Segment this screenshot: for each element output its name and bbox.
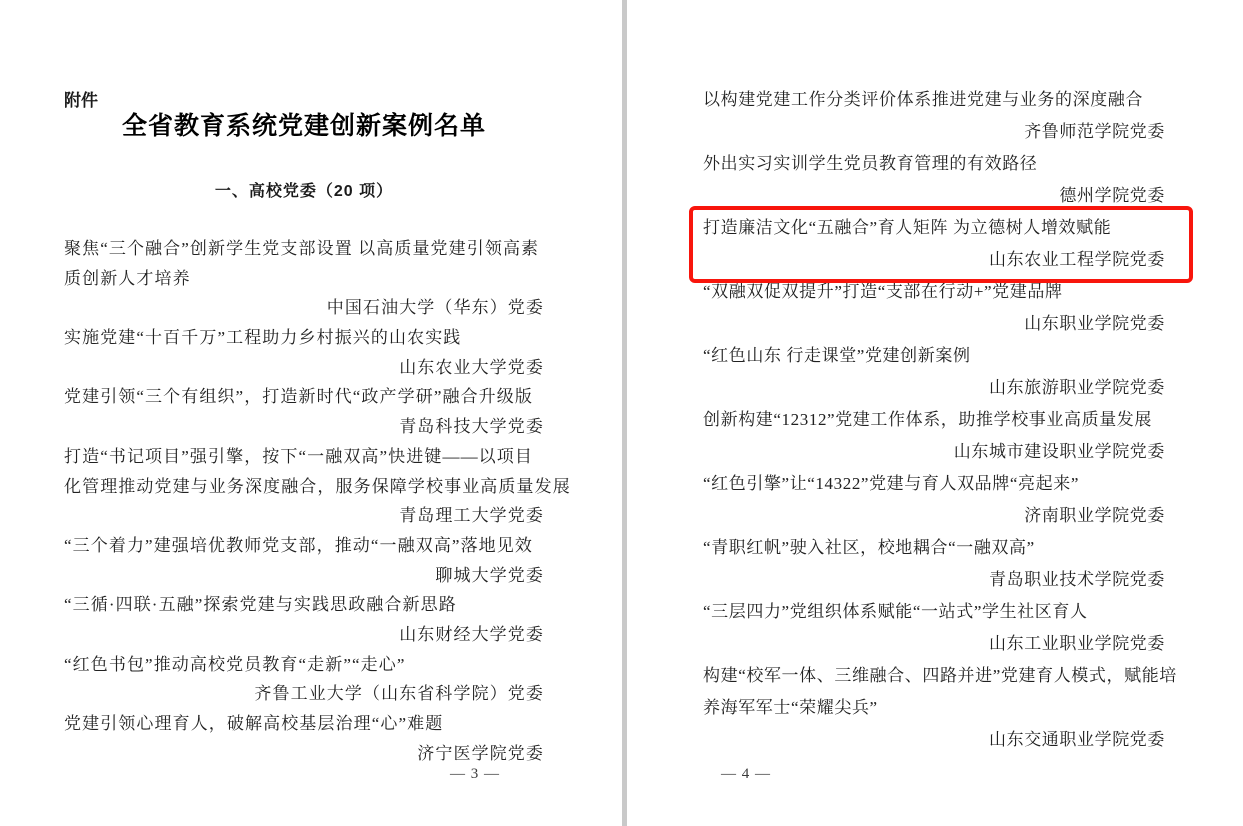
case-line: 山东交通职业学院党委 bbox=[703, 724, 1165, 756]
case-line: 构建“校军一体、三维融合、四路并进”党建育人模式，赋能培 bbox=[703, 660, 1165, 692]
case-line: “三层四力”党组织体系赋能“一站式”学生社区育人 bbox=[703, 596, 1165, 628]
case-line: “三循·四联·五融”探索党建与实践思政融合新思路 bbox=[64, 590, 544, 620]
case-line: 山东农业工程学院党委 bbox=[703, 244, 1165, 276]
case-line: “青职红帆”驶入社区，校地耦合“一融双高” bbox=[703, 532, 1165, 564]
page-number-4: — 4 — bbox=[696, 766, 796, 783]
page-3: 附件 全省教育系统党建创新案例名单 一、高校党委（20 项） 聚焦“三个融合”创… bbox=[64, 0, 544, 826]
case-line: 创新构建“12312”党建工作体系，助推学校事业高质量发展 bbox=[703, 404, 1165, 436]
section-heading: 一、高校党委（20 项） bbox=[64, 178, 544, 201]
case-line: “红色山东 行走课堂”党建创新案例 bbox=[703, 340, 1165, 372]
case-line: “三个着力”建强培优教师党支部，推动“一融双高”落地见效 bbox=[64, 531, 544, 561]
case-line: 党建引领“三个有组织”，打造新时代“政产学研”融合升级版 bbox=[64, 382, 544, 412]
case-line: 青岛科技大学党委 bbox=[64, 412, 544, 442]
document-title: 全省教育系统党建创新案例名单 bbox=[64, 106, 544, 142]
case-line: “红色引擎”让“14322”党建与育人双品牌“亮起来” bbox=[703, 468, 1165, 500]
page-4: 以构建党建工作分类评价体系推进党建与业务的深度融合齐鲁师范学院党委外出实习实训学… bbox=[703, 0, 1165, 826]
case-line: 山东农业大学党委 bbox=[64, 353, 544, 383]
case-line: 青岛职业技术学院党委 bbox=[703, 564, 1165, 596]
case-line: 以构建党建工作分类评价体系推进党建与业务的深度融合 bbox=[703, 84, 1165, 116]
case-line: 山东旅游职业学院党委 bbox=[703, 372, 1165, 404]
case-line: “双融双促双提升”打造“支部在行动+”党建品牌 bbox=[703, 276, 1165, 308]
case-line: 化管理推动党建与业务深度融合，服务保障学校事业高质量发展 bbox=[64, 472, 544, 502]
case-line: 济南职业学院党委 bbox=[703, 500, 1165, 532]
case-line: “红色书包”推动高校党员教育“走新”“走心” bbox=[64, 650, 544, 680]
document-viewer: 附件 全省教育系统党建创新案例名单 一、高校党委（20 项） 聚焦“三个融合”创… bbox=[0, 0, 1243, 826]
case-line: 德州学院党委 bbox=[703, 180, 1165, 212]
case-line: 聚焦“三个融合”创新学生党支部设置 以高质量党建引领高素 bbox=[64, 234, 544, 264]
case-line: 山东城市建设职业学院党委 bbox=[703, 436, 1165, 468]
page-number-3: — 3 — bbox=[425, 766, 525, 783]
case-line: 山东职业学院党委 bbox=[703, 308, 1165, 340]
case-line: 齐鲁师范学院党委 bbox=[703, 116, 1165, 148]
case-line: 打造廉洁文化“五融合”育人矩阵 为立德树人增效赋能 bbox=[703, 212, 1165, 244]
page-divider bbox=[622, 0, 627, 826]
case-line: 齐鲁工业大学（山东省科学院）党委 bbox=[64, 679, 544, 709]
case-line: 养海军军士“荣耀尖兵” bbox=[703, 692, 1165, 724]
case-line: 实施党建“十百千万”工程助力乡村振兴的山农实践 bbox=[64, 323, 544, 353]
case-line: 打造“书记项目”强引擎，按下“一融双高”快进键——以项目 bbox=[64, 442, 544, 472]
case-line: 山东财经大学党委 bbox=[64, 620, 544, 650]
case-line: 质创新人才培养 bbox=[64, 264, 544, 294]
case-line: 青岛理工大学党委 bbox=[64, 501, 544, 531]
case-line: 山东工业职业学院党委 bbox=[703, 628, 1165, 660]
case-list-page-3: 聚焦“三个融合”创新学生党支部设置 以高质量党建引领高素质创新人才培养中国石油大… bbox=[64, 234, 544, 768]
case-line: 中国石油大学（华东）党委 bbox=[64, 293, 544, 323]
case-line: 外出实习实训学生党员教育管理的有效路径 bbox=[703, 148, 1165, 180]
case-line: 济宁医学院党委 bbox=[64, 739, 544, 769]
case-line: 党建引领心理育人，破解高校基层治理“心”难题 bbox=[64, 709, 544, 739]
case-list-page-4: 以构建党建工作分类评价体系推进党建与业务的深度融合齐鲁师范学院党委外出实习实训学… bbox=[703, 84, 1165, 756]
case-line: 聊城大学党委 bbox=[64, 561, 544, 591]
